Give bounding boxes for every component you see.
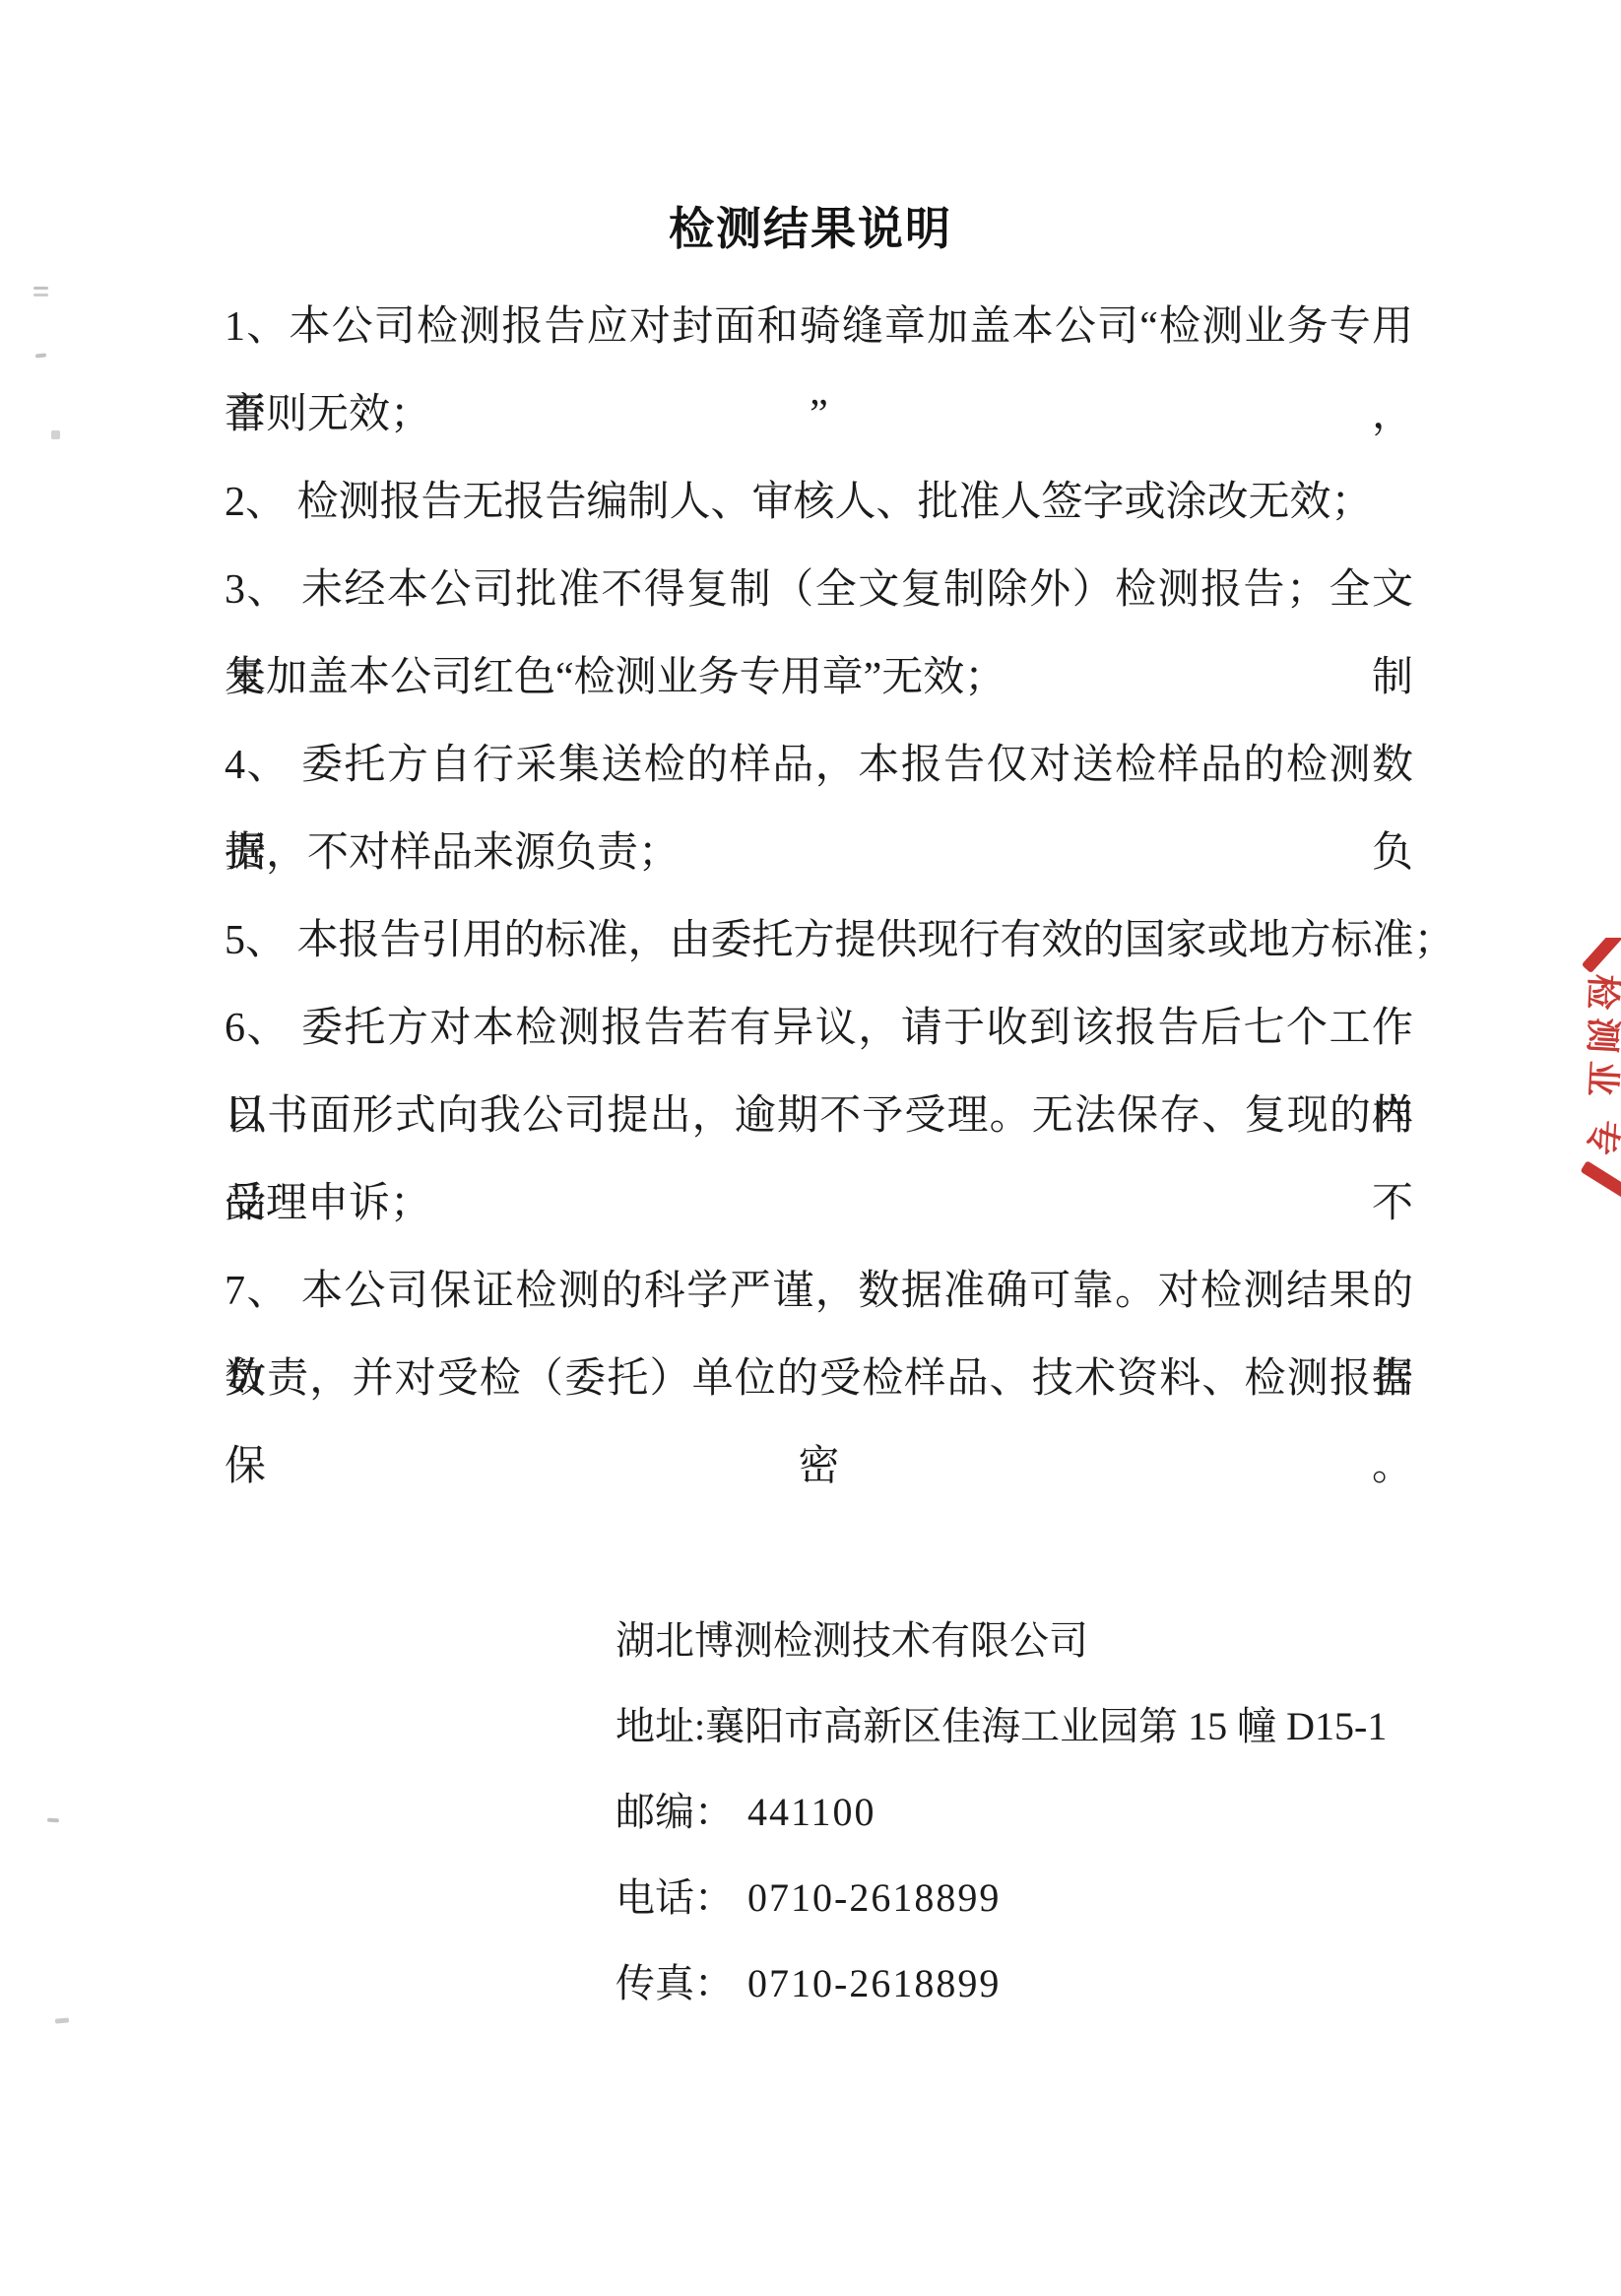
document-page: 检测结果说明 1、本公司检测报告应对封面和骑缝章加盖本公司“检测业务专用章”， … <box>0 0 1621 2296</box>
note-line-8: 5、 本报告引用的标准，由委托方提供现行有效的国家或地方标准； <box>225 897 1413 985</box>
zip-label: 邮编： <box>616 1790 734 1834</box>
page-title: 检测结果说明 <box>0 193 1621 258</box>
note-line-10: 以书面形式向我公司提出，逾期不予受理。无法保存、复现的样品不 <box>225 1073 1413 1160</box>
zip-value: 441100 <box>747 1790 876 1834</box>
company-address: 地址:襄阳市高新区佳海工业园第 15 幢 D15-1 <box>616 1683 1502 1769</box>
note-line-12: 7、 本公司保证检测的科学严谨，数据准确可靠。对检测结果的数据 <box>225 1248 1413 1336</box>
seal-character: 测 <box>1580 1012 1621 1059</box>
company-info: 湖北博测检测技术有限公司 地址:襄阳市高新区佳海工业园第 15 幢 D15-1 … <box>616 1598 1502 2026</box>
scan-artifact <box>51 430 60 439</box>
seal-stroke-bottom <box>1581 1160 1621 1199</box>
seal-character: 业 <box>1580 1055 1621 1102</box>
note-line-4: 3、 未经本公司批准不得复制（全文复制除外）检测报告；全文复制 <box>225 547 1413 634</box>
company-name: 湖北博测检测技术有限公司 <box>616 1598 1502 1683</box>
scan-artifact <box>35 353 46 358</box>
phone-label: 电话： <box>616 1875 734 1920</box>
fax-label: 传真： <box>616 1961 734 2005</box>
scan-artifact <box>55 2017 69 2023</box>
note-line-9: 6、 委托方对本检测报告若有异议，请于收到该报告后七个工作日内 <box>225 985 1413 1073</box>
note-line-13: 负责，并对受检（委托）单位的受检样品、技术资料、检测报告保密。 <box>225 1336 1413 1423</box>
company-phone: 电话：0710-2618899 <box>616 1855 1502 1940</box>
company-fax: 传真：0710-2618899 <box>616 1940 1502 2026</box>
phone-value: 0710-2618899 <box>747 1875 1001 1920</box>
note-line-1: 1、本公司检测报告应对封面和骑缝章加盖本公司“检测业务专用章”， <box>225 284 1413 371</box>
cross-page-seal-fragment: 检 测 业 专 <box>1570 938 1621 1200</box>
scan-artifact <box>47 1818 59 1823</box>
scan-artifact <box>33 287 48 290</box>
note-line-6: 4、 委托方自行采集送检的样品，本报告仅对送检样品的检测数据负 <box>225 722 1413 810</box>
seal-character: 专 <box>1580 1114 1621 1161</box>
note-line-3: 2、 检测报告无报告编制人、审核人、批准人签字或涂改无效； <box>225 459 1413 547</box>
fax-value: 0710-2618899 <box>747 1961 1001 2005</box>
company-zip: 邮编：441100 <box>616 1769 1502 1855</box>
seal-character: 检 <box>1580 968 1621 1016</box>
notes-body: 1、本公司检测报告应对封面和骑缝章加盖本公司“检测业务专用章”， 否则无效； 2… <box>225 284 1413 1423</box>
